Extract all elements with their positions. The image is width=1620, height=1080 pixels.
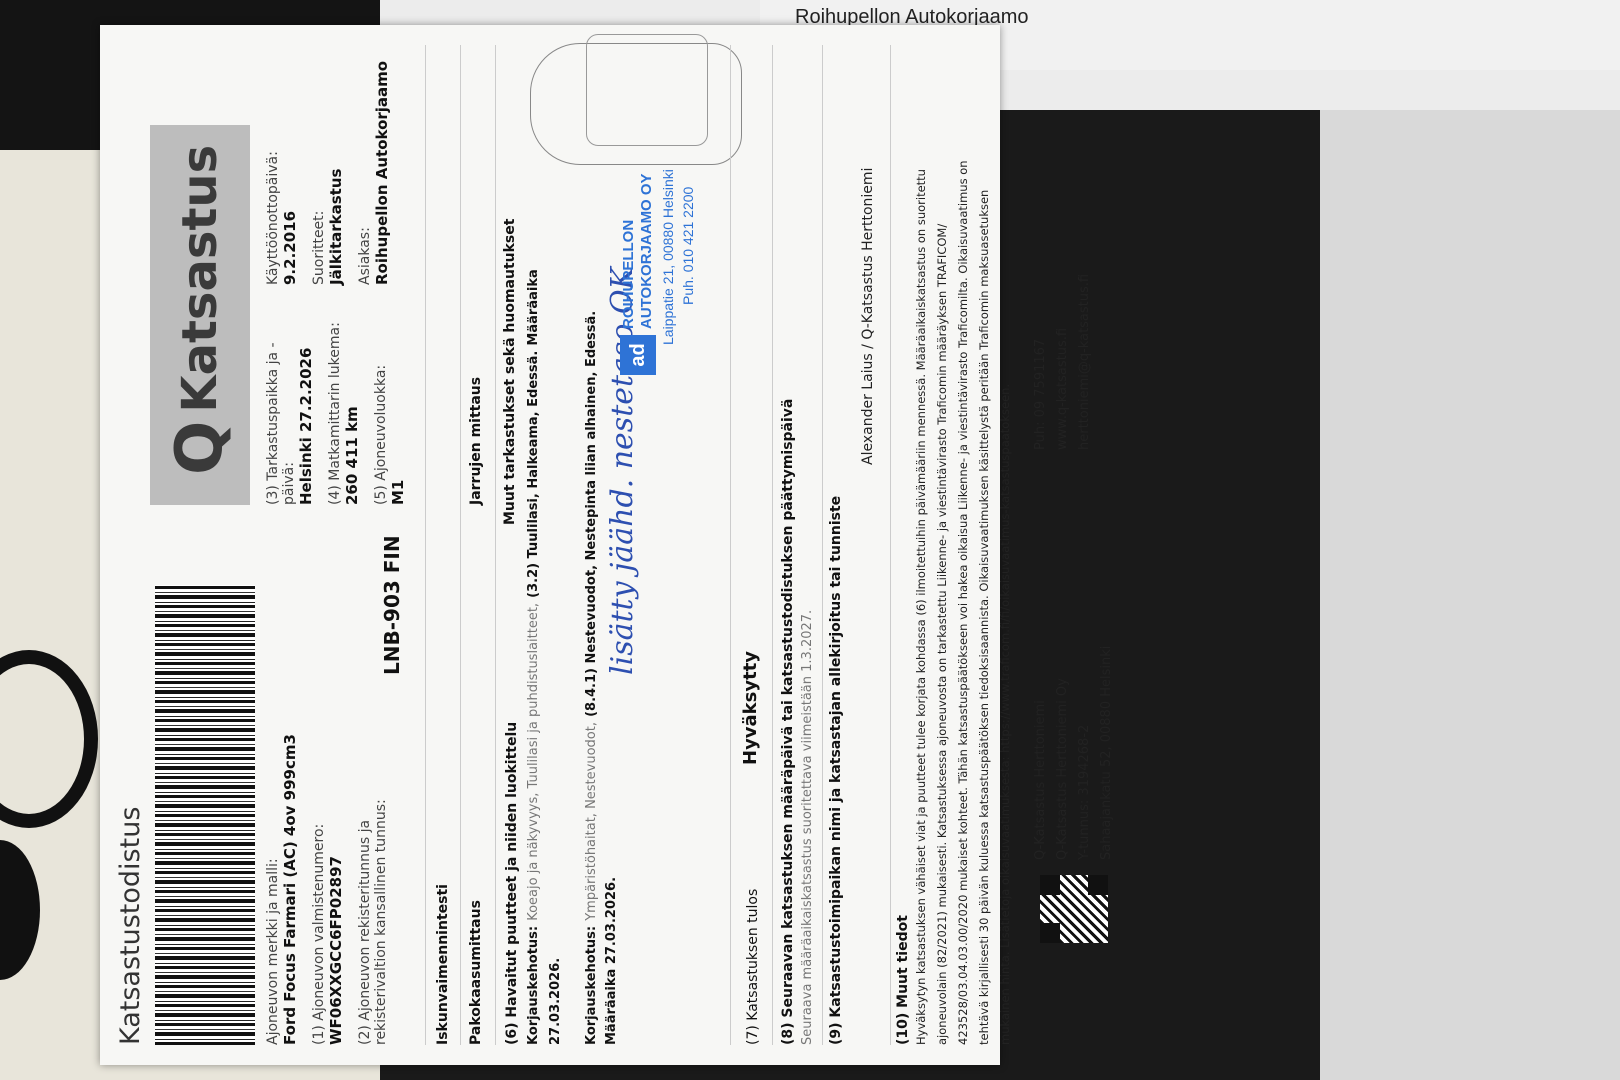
divider bbox=[772, 45, 773, 1045]
customer: Roihupellon Autokorjaamo bbox=[373, 45, 391, 285]
test-shock-absorber: Iskunvaimennintesti bbox=[435, 884, 451, 1045]
stamp-line-1: ROIHUPELLON bbox=[620, 220, 637, 329]
divider bbox=[730, 45, 731, 1045]
inspector-name: Alexander Laius / Q-Katsastus Herttoniem… bbox=[860, 168, 876, 465]
other-info-title: (10) Muut tiedot bbox=[895, 35, 911, 1045]
vin: WF06XXGCC6FP02897 bbox=[327, 525, 345, 1045]
divider bbox=[425, 45, 426, 1045]
first-use-label: Käyttöönottopäivä: bbox=[265, 45, 281, 285]
other-info-line: tehtävä kirjallisesti 30 päivän kuluessa… bbox=[974, 35, 995, 1045]
test-brakes: Jarrujen mittaus bbox=[468, 377, 484, 505]
performed-label: Suoritteet: bbox=[311, 45, 327, 285]
defect-2-label: Korjauskehotus: bbox=[584, 926, 599, 1045]
customer-label: Asiakas: bbox=[357, 45, 373, 285]
vehicle-make-label: Ajoneuvon merkki ja malli: bbox=[265, 525, 281, 1045]
footer-ytunnus: Y-tunnus: 3194268-2 bbox=[1074, 580, 1096, 860]
footer-website[interactable]: www.q-katsastus.fi bbox=[1052, 230, 1074, 450]
vin-label: (1) Ajoneuvon valmistenumero: bbox=[311, 525, 327, 1045]
qr-code bbox=[1040, 875, 1108, 943]
stamp-line-2: AUTOKORJAAMO OY bbox=[638, 173, 655, 329]
defect-1-text: Koeajo ja näkyvyys, Tuulilasi ja puhdist… bbox=[526, 603, 541, 921]
defect-2-text: Ympäristöhaitat, Nestevuodot, bbox=[584, 722, 599, 921]
vehicle-make: Ford Focus Farmari (AC) 4ov 999cm3 bbox=[281, 525, 299, 1045]
footer-name-2: Q-Katsastus Herttoniemi Oy bbox=[1052, 580, 1074, 860]
next-inspection-text: Seuraava määräaikaiskatsastus suoritetta… bbox=[798, 45, 818, 1045]
registration-number: LNB-903 FIN bbox=[380, 535, 404, 675]
class-label: (5) Ajoneuvoluokka: bbox=[373, 305, 389, 505]
divider bbox=[460, 45, 461, 1045]
defects-title: (6) Havaitut puutteet ja niiden luokitte… bbox=[502, 225, 522, 1045]
footer-phone: Puh: 09 7591167 bbox=[1030, 230, 1052, 450]
divider bbox=[822, 45, 823, 1045]
footer-name-1: Q-Katsastus Herttoniemi bbox=[1030, 580, 1052, 860]
certificate-title: Katsastustodistus bbox=[115, 807, 146, 1045]
q-logo-icon: Q bbox=[163, 421, 237, 475]
footer-address: Sahaajankatu 52, 00880 Helsinki bbox=[1096, 580, 1118, 860]
stamp-line-4: Puh. 010 421 2200 bbox=[680, 187, 696, 305]
certificate-footer: Q-Katsastus Herttoniemi Q-Katsastus Hert… bbox=[1020, 0, 1130, 1080]
vehicle-diagram bbox=[530, 43, 742, 165]
barcode bbox=[155, 585, 255, 1045]
performed: Jälkitarkastus bbox=[327, 45, 345, 285]
defect-2-detail: (8.4.1) Nestevuodot, Nestepinta liian al… bbox=[584, 311, 599, 717]
odometer-label: (4) Matkamittarin lukema: bbox=[327, 305, 343, 505]
divider bbox=[890, 45, 891, 1045]
footer-email[interactable]: herttoniemi@q-katsastus.fi bbox=[1074, 230, 1096, 450]
result-label: (7) Katsastuksen tulos bbox=[745, 889, 761, 1045]
place-date-label: (3) Tarkastuspaikka ja -päivä: bbox=[265, 305, 297, 505]
place-date: Helsinki 27.2.2026 bbox=[297, 305, 315, 505]
next-inspection-label: (8) Seuraavan katsastuksen määräpäivä ta… bbox=[778, 45, 798, 1045]
divider bbox=[495, 45, 496, 1045]
defect-1-label: Korjauskehotus: bbox=[526, 926, 541, 1045]
brand-logo: Q Katsastus bbox=[150, 125, 250, 505]
reg-label: (2) Ajoneuvon rekisteritunnus ja rekiste… bbox=[357, 745, 389, 1045]
stamp-logo-icon: ad bbox=[620, 335, 656, 375]
other-info-line: 423528/03.04.03.00/2020 mukaiset kohteet… bbox=[953, 35, 974, 1045]
result-value: Hyväksytty bbox=[740, 651, 761, 765]
defect-1-detail: (3.2) Tuulilasi, Halkeama, Edessä. bbox=[526, 351, 541, 598]
first-use: 9.2.2016 bbox=[281, 45, 299, 285]
odometer: 260 411 km bbox=[343, 305, 361, 505]
inspection-certificate: Katsastustodistus Q Katsastus Ajoneuvon … bbox=[100, 25, 1000, 1065]
inspector-label: (9) Katsastustoimipaikan nimi ja katsast… bbox=[828, 496, 844, 1045]
background-right bbox=[1320, 0, 1620, 1080]
brand-name: Katsastus bbox=[172, 145, 228, 413]
vehicle-class: M1 bbox=[389, 305, 407, 505]
other-info-line: ajoneuvolain (82/2021) mukaisesti. Katsa… bbox=[932, 35, 953, 1045]
other-info-line: mukainen hinta. Lisätietoja oikaisuvaati… bbox=[995, 35, 1016, 1045]
test-exhaust: Pakokaasumittaus bbox=[468, 900, 484, 1045]
stamp-line-3: Laippatie 21, 00880 Helsinki bbox=[660, 169, 676, 345]
other-info-line: Hyväksytyn katsastuksen vähäiset viat ja… bbox=[911, 35, 932, 1045]
